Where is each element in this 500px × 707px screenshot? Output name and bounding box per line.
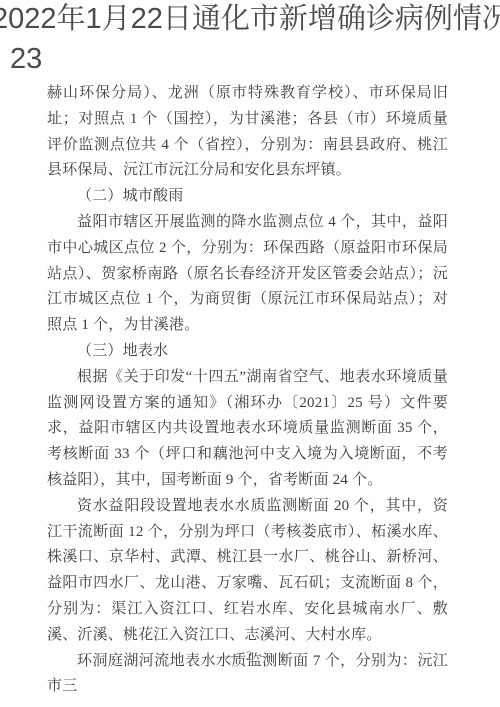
document-body: 赫山环保分局）、龙洲（原市特殊教育学校）、市环保局旧址；对照点 1 个（国控），… (47, 81, 448, 700)
paragraph: 资水益阳段设置地表水水质监测断面 20 个，其中，资江干流断面 12 个，分别为… (47, 494, 448, 649)
scanned-document-page: 赫山环保分局）、龙洲（原市特殊教育学校）、市环保局旧址；对照点 1 个（国控），… (47, 81, 448, 700)
paragraph: 赫山环保分局）、龙洲（原市特殊教育学校）、市环保局旧址；对照点 1 个（国控），… (47, 81, 448, 184)
page-title-line-1: 2022年1月22日通化市新增确诊病例情况_15 (0, 0, 500, 39)
page-number: — 2 — (0, 648, 500, 664)
paragraph: 根据《关于印发“十四五”湖南省空气、地表水环境质量监测网设置方案的通知》（湘环办… (47, 365, 448, 494)
section-heading: （二）城市酸雨 (47, 184, 448, 210)
section-heading: （三）地表水 (47, 339, 448, 365)
paragraph: 益阳市辖区开展监测的降水监测点位 4 个，其中，益阳市中心城区点位 2 个，分别… (47, 210, 448, 339)
page-title-line-2: 23 (10, 39, 42, 79)
